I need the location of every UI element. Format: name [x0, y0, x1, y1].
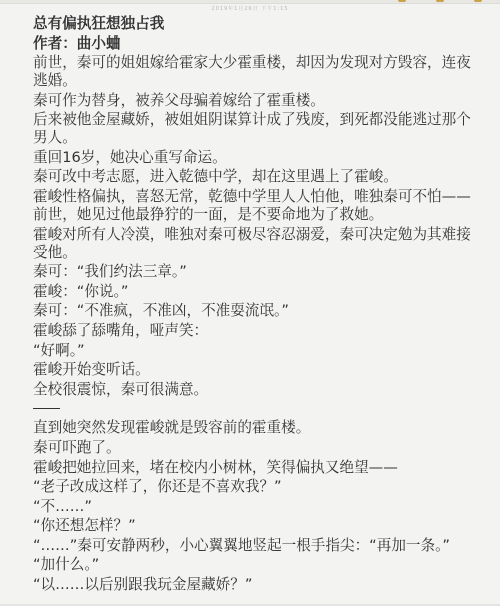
paragraph: “加什么。” [33, 556, 473, 574]
document-title: 总有偏执狂想独占我 [33, 15, 473, 33]
decorative-mark-icon [436, 0, 444, 2]
paragraph: 直到她突然发现霍峻就是毁容前的霍重楼。 [33, 419, 473, 437]
note-content[interactable]: 总有偏执狂想独占我 作者：曲小蛐 前世，秦可的姐姐嫁给霍家大少霍重楼，却因为发现… [33, 15, 473, 596]
paragraph: 秦可：“我们约法三章。” [33, 263, 473, 281]
paragraph: 霍峻对所有人冷漠，唯独对秦可极尽容忍溺爱，秦可决定勉为其难接受他。 [33, 226, 473, 262]
paragraph: “以……以后别跟我玩金屋藏娇？” [33, 576, 473, 594]
section-after-divider: 直到她突然发现霍峻就是毁容前的霍重楼。 秦可吓跑了。 霍峻把她拉回来，堵在校内小… [33, 419, 473, 594]
top-edge-band [0, 0, 500, 4]
paragraph: 秦可作为替身，被养父母骗着嫁给了霍重楼。 [33, 92, 473, 110]
paragraph: 霍峻开始变听话。 [33, 361, 473, 379]
paragraph: 前世，秦可的姐姐嫁给霍家大少霍重楼，却因为发现对方毁容，连夜逃婚。 [33, 54, 473, 90]
paragraph: 秦可改中考志愿，进入乾德中学，却在这里遇上了霍峻。 [33, 168, 473, 186]
paragraph: 霍峻性格偏执，喜怒无常，乾德中学里人人怕他，唯独秦可不怕——前世，她见过他最狰狞… [33, 188, 473, 224]
paragraph: 秦可：“不准疯，不准凶，不准耍流氓。” [33, 302, 473, 320]
decorative-mark-icon [474, 0, 482, 2]
paragraph: 霍峻：“你说。” [33, 283, 473, 301]
paragraph: “不……” [33, 498, 473, 516]
section-divider [33, 408, 60, 410]
section-before-divider: 前世，秦可的姐姐嫁给霍家大少霍重楼，却因为发现对方毁容，连夜逃婚。 秦可作为替身… [33, 54, 473, 399]
paragraph: “老子改成这样了，你还是不喜欢我？” [33, 478, 473, 496]
paragraph: “你还想怎样？” [33, 517, 473, 535]
document-author: 作者：曲小蛐 [33, 35, 473, 53]
paragraph: 后来被他金屋藏娇，被姐姐阴谋算计成了残废，到死都没能逃过那个男人。 [33, 111, 473, 147]
paragraph: “……”秦可安静两秒，小心翼翼地竖起一根手指尖：“再加一条。” [33, 537, 473, 555]
paragraph: 重回16岁，她决心重写命运。 [33, 149, 473, 167]
timestamp: 2019年1月26日 下午1:15 [0, 5, 500, 11]
paragraph: 霍峻把她拉回来，堵在校内小树林，笑得偏执又绝望—— [33, 459, 473, 477]
paragraph: 全校很震惊，秦可很满意。 [33, 381, 473, 399]
decorative-mark-icon [398, 0, 406, 2]
paragraph: 秦可吓跑了。 [33, 439, 473, 457]
paragraph: “好啊。” [33, 342, 473, 360]
paragraph: 霍峻舔了舔嘴角，哑声笑： [33, 322, 473, 340]
